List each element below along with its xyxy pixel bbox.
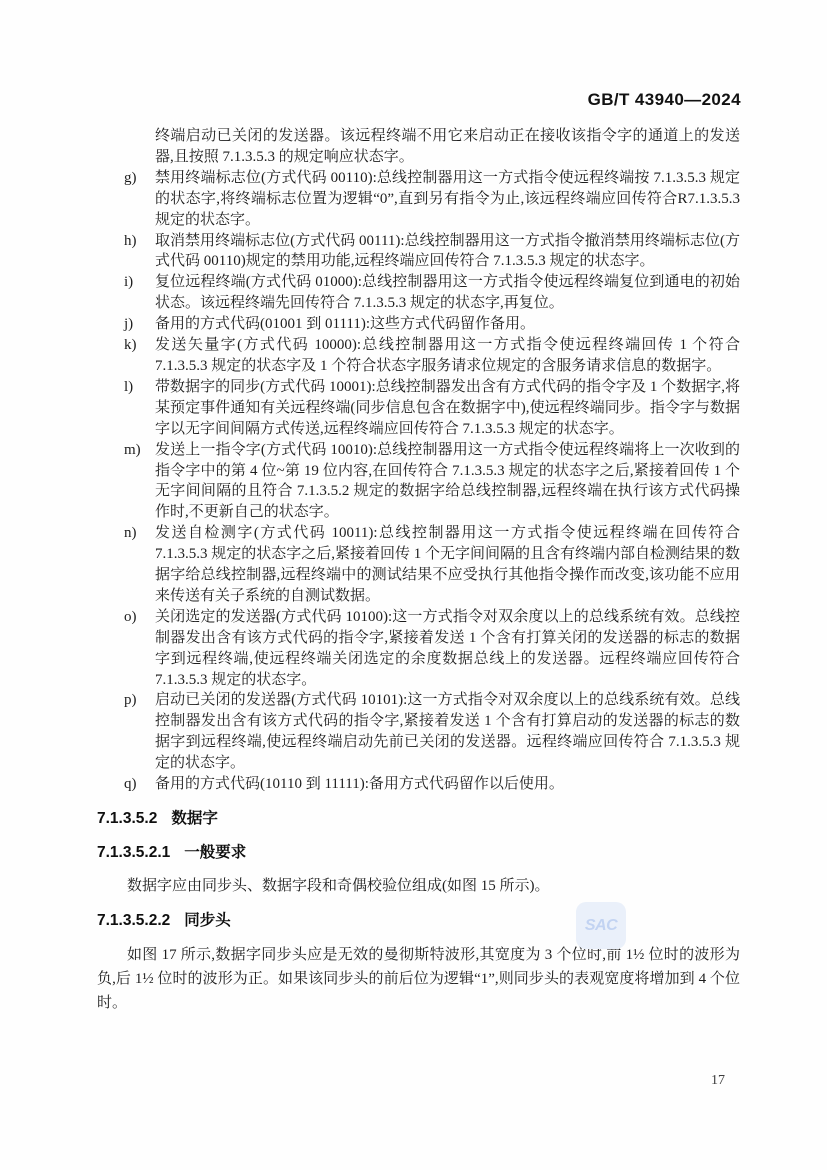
list-item-label: q) <box>124 774 137 795</box>
list-item-label: o) <box>124 607 137 628</box>
list-item-q: q) 备用的方式代码(10110 到 11111):备用方式代码留作以后使用。 <box>97 774 740 795</box>
heading-number: 7.1.3.5.2.1 <box>97 844 170 861</box>
list-item-text: 带数据字的同步(方式代码 10001):总线控制器发出含有方式代码的指令字及 1… <box>155 379 740 437</box>
list-item-text: 复位远程终端(方式代码 01000):总线控制器用这一方式指令使远程终端复位到通… <box>155 274 740 311</box>
list-item-text: 启动已关闭的发送器(方式代码 10101):这一方式指令对双余度以上的总线系统有… <box>155 692 740 771</box>
list-item-label: h) <box>124 231 137 252</box>
page-content: 终端启动已关闭的发送器。该远程终端不用它来启动正在接收该指令字的通道上的发送器,… <box>97 126 740 1015</box>
sac-logo-watermark: SAC <box>576 902 626 949</box>
continuation-paragraph: 终端启动已关闭的发送器。该远程终端不用它来启动正在接收该指令字的通道上的发送器,… <box>155 126 740 168</box>
list-item-text: 关闭选定的发送器(方式代码 10100):这一方式指令对双余度以上的总线系统有效… <box>155 609 740 688</box>
list-item-label: i) <box>124 272 133 293</box>
document-page: GB/T 43940—2024 终端启动已关闭的发送器。该远程终端不用它来启动正… <box>0 0 827 1170</box>
list-item-label: n) <box>124 523 137 544</box>
list-item-g: g) 禁用终端标志位(方式代码 00110):总线控制器用这一方式指令使远程终端… <box>97 168 740 231</box>
mode-code-list: g) 禁用终端标志位(方式代码 00110):总线控制器用这一方式指令使远程终端… <box>97 168 740 795</box>
list-item-h: h) 取消禁用终端标志位(方式代码 00111):总线控制器用这一方式指令撤消禁… <box>97 231 740 273</box>
list-item-label: l) <box>124 377 133 398</box>
list-item-text: 禁用终端标志位(方式代码 00110):总线控制器用这一方式指令使远程终端按 7… <box>155 170 740 228</box>
sync-head-paragraph: 如图 17 所示,数据字同步头应是无效的曼彻斯特波形,其宽度为 3 个位时,前 … <box>97 943 740 1015</box>
page-number: 17 <box>711 1073 725 1089</box>
list-item-label: p) <box>124 690 137 711</box>
section-heading-general: 7.1.3.5.2.1一般要求 <box>97 842 740 863</box>
list-item-text: 发送上一指令字(方式代码 10010):总线控制器用这一方式指令使远程终端将上一… <box>155 442 740 521</box>
list-item-label: k) <box>124 335 137 356</box>
general-requirements-paragraph: 数据字应由同步头、数据字段和奇偶校验位组成(如图 15 所示)。 <box>97 876 740 897</box>
sac-logo-text: SAC <box>585 917 617 935</box>
heading-number: 7.1.3.5.2.2 <box>97 912 170 929</box>
list-item-i: i) 复位远程终端(方式代码 01000):总线控制器用这一方式指令使远程终端复… <box>97 272 740 314</box>
heading-title: 一般要求 <box>184 844 246 861</box>
list-item-text: 发送自检测字(方式代码 10011):总线控制器用这一方式指令使远程终端在回传符… <box>155 525 740 604</box>
heading-title: 同步头 <box>184 912 231 929</box>
list-item-text: 取消禁用终端标志位(方式代码 00111):总线控制器用这一方式指令撤消禁用终端… <box>155 233 740 270</box>
section-heading-data-word: 7.1.3.5.2数据字 <box>97 808 740 829</box>
list-item-p: p) 启动已关闭的发送器(方式代码 10101):这一方式指令对双余度以上的总线… <box>97 690 740 774</box>
doc-number: GB/T 43940—2024 <box>588 90 741 110</box>
list-item-text: 备用的方式代码(01001 到 01111):这些方式代码留作备用。 <box>155 316 535 332</box>
list-item-j: j) 备用的方式代码(01001 到 01111):这些方式代码留作备用。 <box>97 314 740 335</box>
section-heading-sync: 7.1.3.5.2.2同步头 <box>97 910 740 931</box>
list-item-l: l) 带数据字的同步(方式代码 10001):总线控制器发出含有方式代码的指令字… <box>97 377 740 440</box>
list-item-text: 发送矢量字(方式代码 10000):总线控制器用这一方式指令使远程终端回传 1 … <box>155 337 740 374</box>
heading-number: 7.1.3.5.2 <box>97 810 157 827</box>
list-item-label: g) <box>124 168 137 189</box>
list-item-m: m) 发送上一指令字(方式代码 10010):总线控制器用这一方式指令使远程终端… <box>97 440 740 524</box>
list-item-o: o) 关闭选定的发送器(方式代码 10100):这一方式指令对双余度以上的总线系… <box>97 607 740 691</box>
list-item-label: m) <box>124 440 141 461</box>
list-item-n: n) 发送自检测字(方式代码 10011):总线控制器用这一方式指令使远程终端在… <box>97 523 740 607</box>
list-item-k: k) 发送矢量字(方式代码 10000):总线控制器用这一方式指令使远程终端回传… <box>97 335 740 377</box>
list-item-label: j) <box>124 314 133 335</box>
list-item-text: 备用的方式代码(10110 到 11111):备用方式代码留作以后使用。 <box>155 776 564 792</box>
heading-title: 数据字 <box>171 810 218 827</box>
